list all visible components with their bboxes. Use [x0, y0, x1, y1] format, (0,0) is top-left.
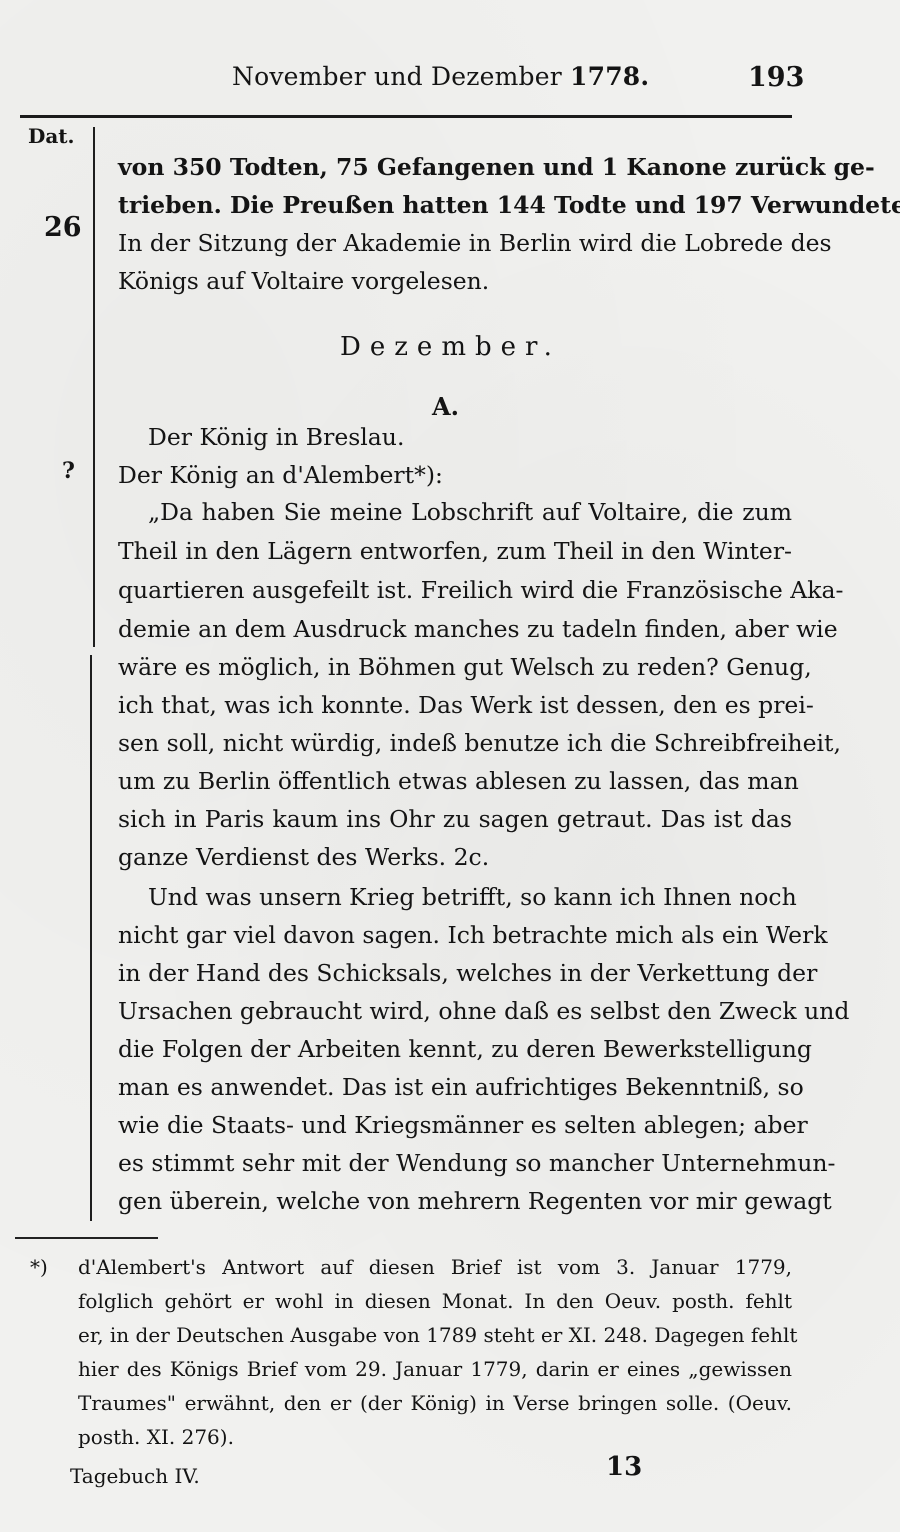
signature-line: Tagebuch IV.: [70, 1464, 200, 1488]
footnote-line: posth. XI. 276).: [78, 1424, 792, 1450]
header-rule: [20, 115, 792, 118]
text-line: quartieren ausgefeilt ist. Freilich wird…: [118, 575, 792, 605]
text-line: man es anwendet. Das ist ein aufrichtige…: [118, 1072, 792, 1102]
running-head: November und Dezember 1778. 193: [0, 62, 900, 98]
month-heading: Dezember.: [340, 332, 580, 362]
footnote-rule: [15, 1237, 158, 1239]
text-line: trieben. Die Preußen hatten 144 Todte un…: [118, 190, 792, 220]
text-line: „Da haben Sie meine Lobschrift auf Volta…: [148, 497, 792, 527]
text-line: sich in Paris kaum ins Ohr zu sagen getr…: [118, 804, 792, 834]
date-margin-unknown: ?: [62, 458, 75, 484]
text-line: ich that, was ich konnte. Das Werk ist d…: [118, 690, 792, 720]
date-column-label: Dat.: [28, 124, 75, 148]
footnote-marker: *): [30, 1254, 70, 1280]
footnote-line: folglich gehört er wohl in diesen Monat.…: [78, 1288, 792, 1314]
text-line: von 350 Todten, 75 Gefangenen und 1 Kano…: [118, 152, 792, 182]
text-line: demie an dem Ausdruck manches zu tadeln …: [118, 614, 792, 644]
column-rule-upper: [93, 127, 95, 647]
footnote-line: Traumes" erwähnt, den er (der König) in …: [78, 1390, 792, 1416]
page-number: 193: [748, 62, 804, 93]
signature-mark: 13: [606, 1452, 642, 1482]
location-line: Der König in Breslau.: [148, 422, 792, 452]
section-heading: A.: [432, 392, 459, 421]
text-line: in der Hand des Schicksals, welches in d…: [118, 958, 792, 988]
text-line: es stimmt sehr mit der Wendung so manche…: [118, 1148, 792, 1178]
text-line: Ursachen gebraucht wird, ohne daß es sel…: [118, 996, 792, 1026]
text-line: die Folgen der Arbeiten kennt, zu deren …: [118, 1034, 792, 1064]
footnote-line: hier des Königs Brief vom 29. Januar 177…: [78, 1356, 792, 1382]
letter-intro: Der König an d'Alembert*):: [118, 460, 792, 490]
running-title-text: November und Dezember: [232, 62, 562, 91]
text-line: gen überein, welche von mehrern Regenten…: [118, 1186, 792, 1216]
text-line: sen soll, nicht würdig, indeß benutze ic…: [118, 728, 792, 758]
running-title-year: 1778.: [570, 62, 649, 91]
text-line: In der Sitzung der Akademie in Berlin wi…: [118, 228, 792, 258]
text-line: wäre es möglich, in Böhmen gut Welsch zu…: [118, 652, 792, 682]
column-rule-lower: [90, 655, 92, 1221]
text-line: Königs auf Voltaire vorgelesen.: [118, 266, 792, 296]
text-line: nicht gar viel davon sagen. Ich betracht…: [118, 920, 792, 950]
text-line: wie die Staats- und Kriegsmänner es selt…: [118, 1110, 792, 1140]
date-margin-26: 26: [44, 212, 82, 243]
text-line: Theil in den Lägern entworfen, zum Theil…: [118, 536, 792, 566]
footnote-line: d'Alembert's Antwort auf diesen Brief is…: [78, 1254, 792, 1280]
running-title: November und Dezember 1778.: [232, 62, 649, 91]
text-line: ganze Verdienst des Werks. 2c.: [118, 842, 792, 872]
text-line: Und was unsern Krieg betrifft, so kann i…: [148, 882, 792, 912]
book-page: November und Dezember 1778. 193 Dat. 26 …: [0, 0, 900, 1532]
footnote-line: er, in der Deutschen Ausgabe von 1789 st…: [78, 1322, 792, 1348]
text-line: um zu Berlin öffentlich etwas ablesen zu…: [118, 766, 792, 796]
